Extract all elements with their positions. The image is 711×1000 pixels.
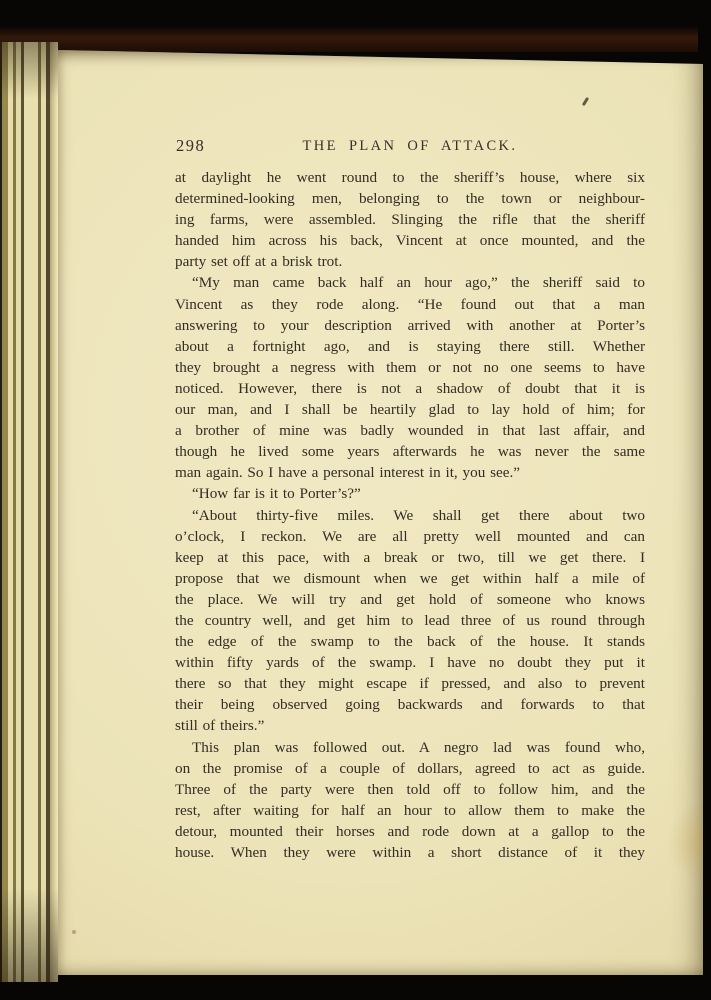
text-line: man again. So I have a personal interest… (175, 462, 645, 483)
text-line: Three of the party were then told off to… (175, 779, 645, 800)
text-line: they brought a negress with them or not … (175, 357, 645, 378)
book-cover-edge (0, 26, 698, 52)
page-text: at daylight he went round to the sheriff… (175, 167, 645, 863)
text-line: a brother of mine was badly wounded in t… (175, 420, 645, 441)
text-line: This plan was followed out. A negro lad … (175, 737, 645, 758)
chapter-running-title: THE PLAN OF ATTACK. (175, 136, 645, 155)
text-line: the edge of the swamp to the back of the… (175, 631, 645, 652)
text-line: at daylight he went round to the sheriff… (175, 167, 645, 188)
running-header: 298 THE PLAN OF ATTACK. (175, 136, 645, 158)
book-page: 298 THE PLAN OF ATTACK. at daylight he w… (58, 50, 703, 975)
text-line: there so that they might escape if press… (175, 673, 645, 694)
text-line: noticed. However, there is not a shadow … (175, 378, 645, 399)
scanner-background: 298 THE PLAN OF ATTACK. at daylight he w… (0, 0, 711, 1000)
text-line: “About thirty-five miles. We shall get t… (175, 505, 645, 526)
text-line: though he lived some years afterwards he… (175, 441, 645, 462)
text-line: “How far is it to Porter’s?” (175, 483, 645, 504)
text-line: our man, and I shall be heartily glad to… (175, 399, 645, 420)
text-line: the place. We will try and get hold of s… (175, 589, 645, 610)
page-number: 298 (176, 136, 205, 156)
text-line: handed him across his back, Vincent at o… (175, 230, 645, 251)
paper-speck (72, 930, 76, 934)
text-line: o’clock, I reckon. We are all pretty wel… (175, 526, 645, 547)
text-line: within fifty yards of the swamp. I have … (175, 652, 645, 673)
text-line: about a fortnight ago, and is staying th… (175, 336, 645, 357)
text-line: party set off at a brisk trot. (175, 251, 645, 272)
text-line: on the promise of a couple of dollars, a… (175, 758, 645, 779)
ink-speck (582, 97, 589, 106)
text-line: determined-looking men, belonging to the… (175, 188, 645, 209)
text-line: answering to your description arrived wi… (175, 315, 645, 336)
text-line: rest, after waiting for half an hour to … (175, 800, 645, 821)
text-line: “My man came back half an hour ago,” the… (175, 272, 645, 293)
text-line: ing farms, were assembled. Slinging the … (175, 209, 645, 230)
text-line: still of theirs.” (175, 715, 645, 736)
text-line: detour, mounted their horses and rode do… (175, 821, 645, 842)
text-line: their being observed going backwards and… (175, 694, 645, 715)
page-edges-stack (0, 42, 58, 982)
text-line: propose that we dismount when we get wit… (175, 568, 645, 589)
text-line: the country well, and get him to lead th… (175, 610, 645, 631)
text-line: keep at this pace, with a break or two, … (175, 547, 645, 568)
text-line: Vincent as they rode along. “He found ou… (175, 294, 645, 315)
text-line: house. When they were within a short dis… (175, 842, 645, 863)
